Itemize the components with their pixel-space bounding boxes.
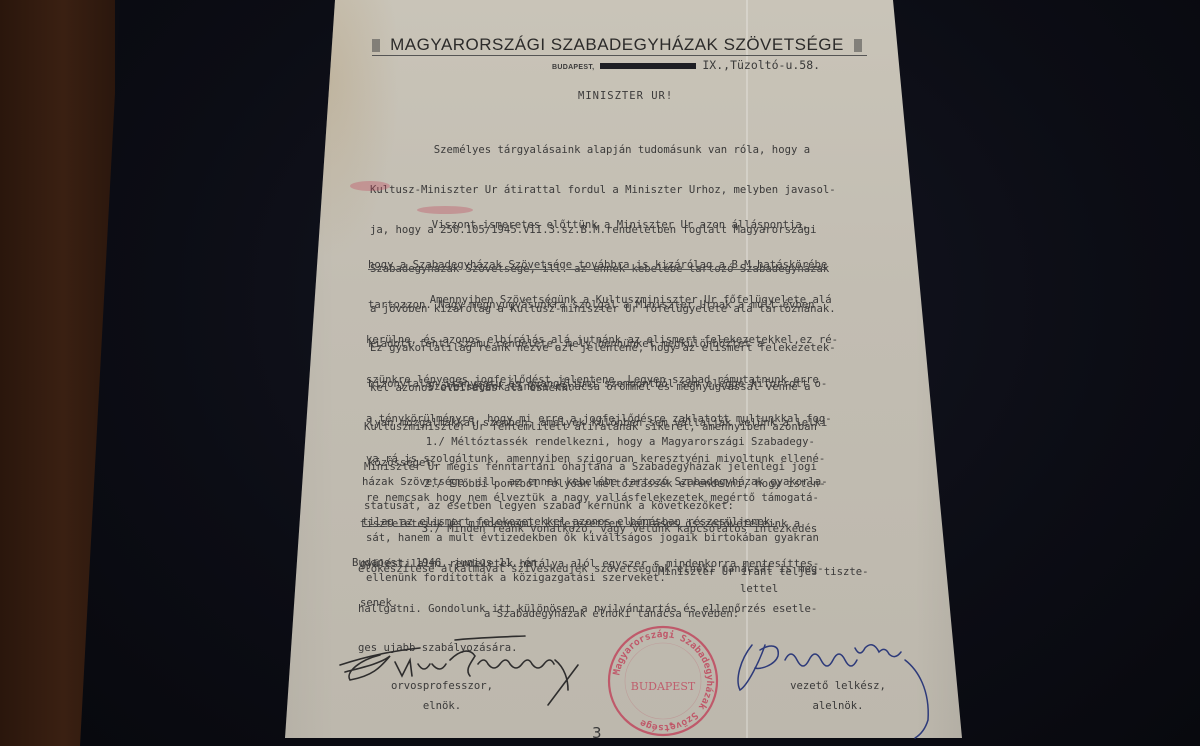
signatures-and-stamp: Magyarországi Szabadegyházak Szövetsége … [0, 0, 1200, 746]
stamp-seal: Magyarországi Szabadegyházak Szövetsége … [609, 627, 717, 735]
red-ink-smudge [350, 181, 473, 214]
page-mark: 3 [592, 724, 602, 742]
stamp-center-text: BUDAPEST [631, 680, 696, 693]
signature-dr-kiss-ferenc [340, 636, 578, 705]
signature-dr-somogyi-imre [738, 645, 928, 738]
